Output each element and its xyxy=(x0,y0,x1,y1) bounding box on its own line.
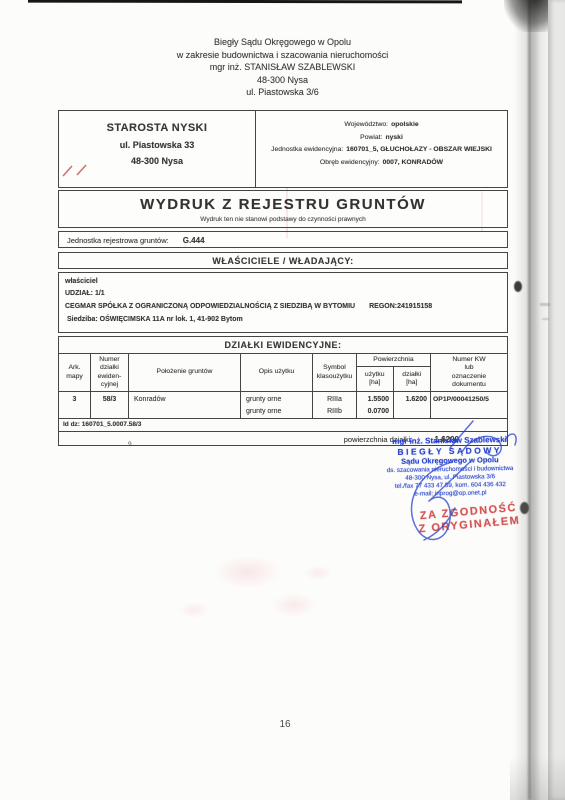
region-cell: Województwo:opolskie Powiat:nyski Jednos… xyxy=(256,111,507,187)
title-box: WYDRUK Z REJESTRU GRUNTÓW Wydruk ten nie… xyxy=(58,190,508,228)
issuer-address: ul. Piastowska 33 xyxy=(59,140,255,150)
region-value: 0007, KONRADÓW xyxy=(383,159,443,166)
cell-line: RIIIa xyxy=(313,394,356,406)
col-header-line: Położenie gruntów xyxy=(129,368,240,377)
cell-use-class-symbol: RIIIa RIIIb xyxy=(313,392,357,418)
owner-name-line: CEGMAR SPÓŁKA Z OGRANICZONĄ ODPOWIEDZIAL… xyxy=(65,303,501,310)
col-header-location: Położenie gruntów xyxy=(129,354,241,391)
binding-dot xyxy=(514,281,522,292)
region-label: Obręb ewidencyjny: xyxy=(320,159,380,166)
cell-location: Konradów xyxy=(129,392,241,418)
col-header-line: użytku xyxy=(357,371,393,380)
issuer-region-box: STAROSTA NYSKI ul. Piastowska 33 48-300 … xyxy=(58,110,508,188)
page-number: 16 xyxy=(268,719,302,730)
bleed-through-mark xyxy=(542,318,549,320)
region-label: Jednostka ewidencyjna: xyxy=(271,146,343,153)
cell-line: grunty orne xyxy=(246,406,312,418)
col-header-area-use: użytku [ha] xyxy=(357,367,394,391)
stray-digit-mark: 9 xyxy=(128,441,132,448)
col-header-line: Symbol xyxy=(313,364,356,373)
owners-section-header: WŁAŚCICIELE / WŁADAJĄCY: xyxy=(58,252,508,269)
owner-name: CEGMAR SPÓŁKA Z OGRANICZONĄ ODPOWIEDZIAL… xyxy=(65,303,355,310)
col-header-area-group: Powierzchnia użytku [ha] działki [ha] xyxy=(357,354,431,391)
area-subcolumns: użytku [ha] działki [ha] xyxy=(357,367,430,391)
region-row: Obręb ewidencyjny:0007, KONRADÓW xyxy=(256,157,507,170)
col-header-line: [ha] xyxy=(394,379,431,388)
col-header-line: ewiden- xyxy=(91,373,128,382)
col-header-use-description: Opis użytku xyxy=(241,354,313,391)
col-header-line: dokumentu xyxy=(431,381,507,390)
col-header-line: cyjnej xyxy=(91,381,128,390)
parcel-table-row: 3 58/3 Konradów grunty orne grunty orne … xyxy=(59,392,507,419)
pink-smudge xyxy=(262,588,326,622)
cell-parcel-number: 58/3 xyxy=(91,392,129,418)
expert-header-line: 48-300 Nysa xyxy=(80,74,485,87)
cell-area-use: 1.5500 0.0700 xyxy=(357,392,394,418)
owner-regon: REGON:241915158 xyxy=(369,303,432,310)
scan-edge-line xyxy=(28,0,462,3)
region-label: Powiat: xyxy=(360,134,382,141)
parcels-section-header: DZIAŁKI EWIDENCYJNE: xyxy=(59,337,507,354)
pink-smudge xyxy=(172,598,216,622)
issuer-address: 48-300 Nysa xyxy=(59,156,255,166)
owner-share: UDZIAŁ: 1/1 xyxy=(65,290,501,297)
expert-stamp-line: e-mail: inprog@op.onet.pl xyxy=(372,489,528,499)
issuer-name: STAROSTA NYSKI xyxy=(59,122,255,134)
expert-header: Biegły Sądu Okręgowego w Opolu w zakresi… xyxy=(80,36,485,99)
col-header-use-class-symbol: Symbol klasoużytku xyxy=(313,354,357,391)
pink-smudge xyxy=(298,562,338,584)
col-header-line: mapy xyxy=(59,373,90,382)
page-fold-shadow-core xyxy=(528,0,531,800)
register-unit-box: Jednostka rejestrowa gruntów:G.444 xyxy=(58,231,508,248)
cell-line: 0.0700 xyxy=(357,406,389,418)
col-header-line: Numer KW xyxy=(431,356,507,365)
col-header-line: lub xyxy=(431,364,507,373)
col-header-line: klasoużytku xyxy=(313,373,356,382)
page-fold-bottom-shadow xyxy=(510,755,565,800)
cell-line: grunty orne xyxy=(246,394,312,406)
expert-header-line: ul. Piastowska 3/6 xyxy=(80,86,485,99)
document-subtitle: Wydruk ten nie stanowi podstawy do czynn… xyxy=(59,216,507,223)
register-unit-label: Jednostka rejestrowa gruntów: xyxy=(67,236,169,245)
cell-area-parcel: 1.6200 xyxy=(394,392,431,418)
region-row: Województwo:opolskie xyxy=(256,119,507,132)
cell-line: 1.5500 xyxy=(357,394,389,406)
page-fold-shadow xyxy=(514,0,550,800)
parcels-table: DZIAŁKI EWIDENCYJNE: Ark. mapy Numer dzi… xyxy=(58,336,508,446)
parcel-id-line: Id dz: 160701_5.0007.58/3 xyxy=(59,419,507,432)
register-unit-value: G.444 xyxy=(183,236,205,245)
region-row: Jednostka ewidencyjna:160701_5, GŁUCHOŁA… xyxy=(256,144,507,157)
col-header-line: Ark. xyxy=(59,364,90,373)
col-header-line: [ha] xyxy=(357,379,393,388)
next-page-edge xyxy=(548,0,565,800)
cell-use-description: grunty orne grunty orne xyxy=(241,392,313,418)
owner-seat: Siedziba: OŚWIĘCIMSKA 11A nr lok. 1, 41-… xyxy=(65,316,501,323)
col-header-map-sheet: Ark. mapy xyxy=(59,354,91,391)
pink-smudge xyxy=(200,548,295,596)
owner-role: właściciel xyxy=(65,278,501,285)
region-row: Powiat:nyski xyxy=(256,132,507,145)
col-header-line: działki xyxy=(394,371,431,380)
col-header-area-parcel: działki [ha] xyxy=(394,367,431,391)
cell-line: RIIIb xyxy=(313,406,356,418)
col-header-parcel-number: Numer działki ewiden- cyjnej xyxy=(91,354,129,391)
region-value: opolskie xyxy=(391,121,419,128)
cell-map-sheet: 3 xyxy=(59,392,91,418)
col-header-line: Numer xyxy=(91,356,128,365)
owners-detail-box: właściciel UDZIAŁ: 1/1 CEGMAR SPÓŁKA Z O… xyxy=(58,272,508,333)
region-label: Województwo: xyxy=(344,121,388,128)
expert-header-line: w zakresie budownictwa i szacowania nier… xyxy=(80,49,485,62)
col-header-line: działki xyxy=(91,364,128,373)
col-header-line: oznaczenie xyxy=(431,373,507,382)
region-value: 160701_5, GŁUCHOŁAZY - OBSZAR WIEJSKI xyxy=(346,146,492,153)
bleed-through-mark xyxy=(540,303,550,306)
document-title: WYDRUK Z REJESTRU GRUNTÓW xyxy=(59,196,507,213)
col-header-line: Opis użytku xyxy=(241,368,312,377)
col-header-kw-number: Numer KW lub oznaczenie dokumentu xyxy=(431,354,507,391)
cell-kw-number: OP1P/00041250/5 xyxy=(431,392,507,418)
scanned-document-page: Biegły Sądu Okręgowego w Opolu w zakresi… xyxy=(0,0,565,800)
expert-stamp: mgr inż. Stanisław Szablewski BIEGŁY SĄD… xyxy=(371,435,528,499)
area-group-label: Powierzchnia xyxy=(357,354,430,367)
parcels-table-header: Ark. mapy Numer działki ewiden- cyjnej P… xyxy=(59,354,507,392)
expert-header-line: mgr inż. STANISŁAW SZABLEWSKI xyxy=(80,61,485,74)
expert-header-line: Biegły Sądu Okręgowego w Opolu xyxy=(80,36,485,49)
region-value: nyski xyxy=(385,134,402,141)
issuer-cell: STAROSTA NYSKI ul. Piastowska 33 48-300 … xyxy=(59,111,256,187)
